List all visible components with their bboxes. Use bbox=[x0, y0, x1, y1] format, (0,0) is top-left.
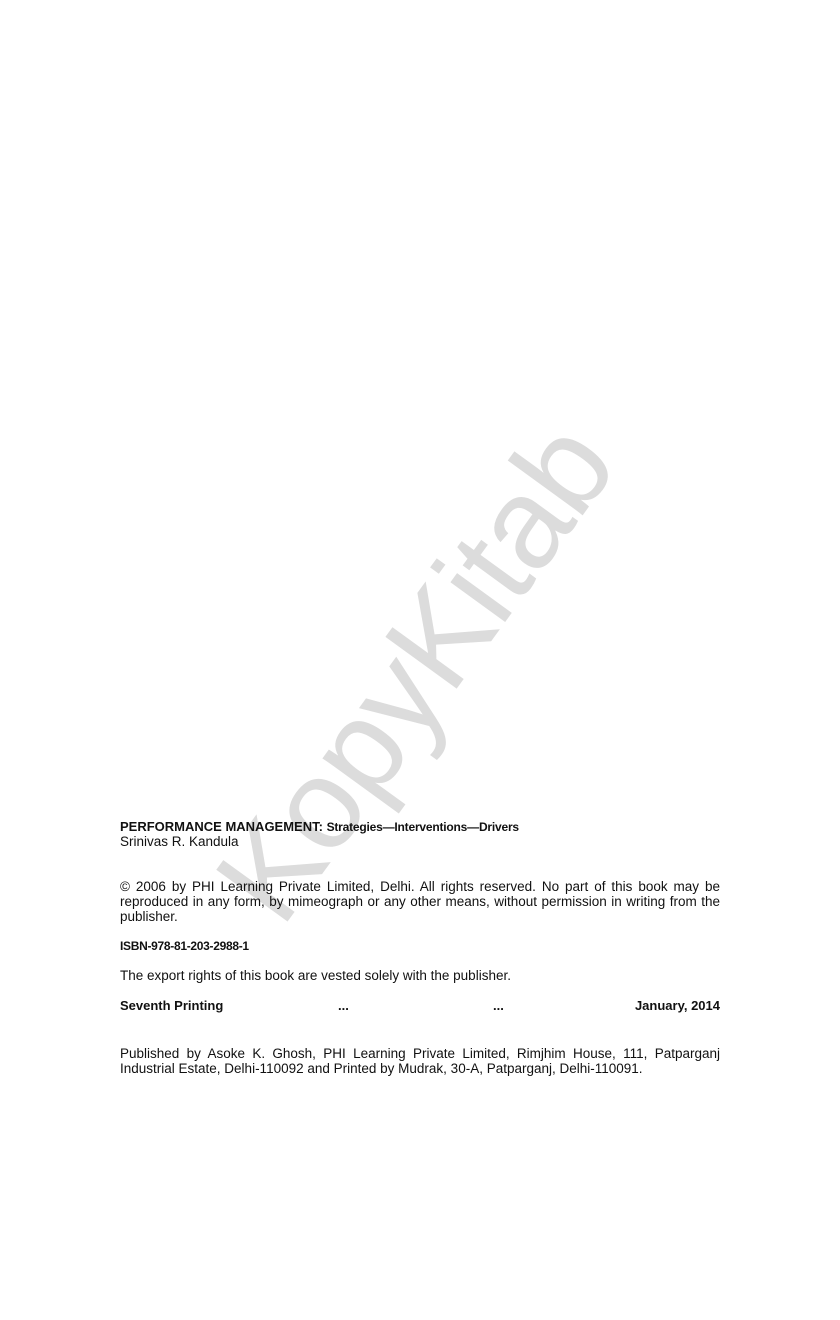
book-title-line: PERFORMANCE MANAGEMENT: Strategies—Inter… bbox=[120, 819, 720, 834]
isbn: ISBN-978-81-203-2988-1 bbox=[120, 939, 249, 953]
copyright-notice: © 2006 by PHI Learning Private Limited, … bbox=[120, 879, 720, 924]
printing-separator-2: ... bbox=[493, 998, 504, 1013]
publisher-info: Published by Asoke K. Ghosh, PHI Learnin… bbox=[120, 1046, 720, 1076]
printing-separator-1: ... bbox=[338, 998, 349, 1013]
printing-edition: Seventh Printing bbox=[120, 998, 223, 1013]
watermark: KopyKitab bbox=[187, 396, 644, 947]
book-title: PERFORMANCE MANAGEMENT: bbox=[120, 819, 323, 834]
export-rights: The export rights of this book are veste… bbox=[120, 968, 511, 983]
book-author: Srinivas R. Kandula bbox=[120, 834, 239, 849]
book-subtitle: Strategies—Interventions—Drivers bbox=[327, 820, 519, 834]
printing-date: January, 2014 bbox=[635, 998, 720, 1013]
